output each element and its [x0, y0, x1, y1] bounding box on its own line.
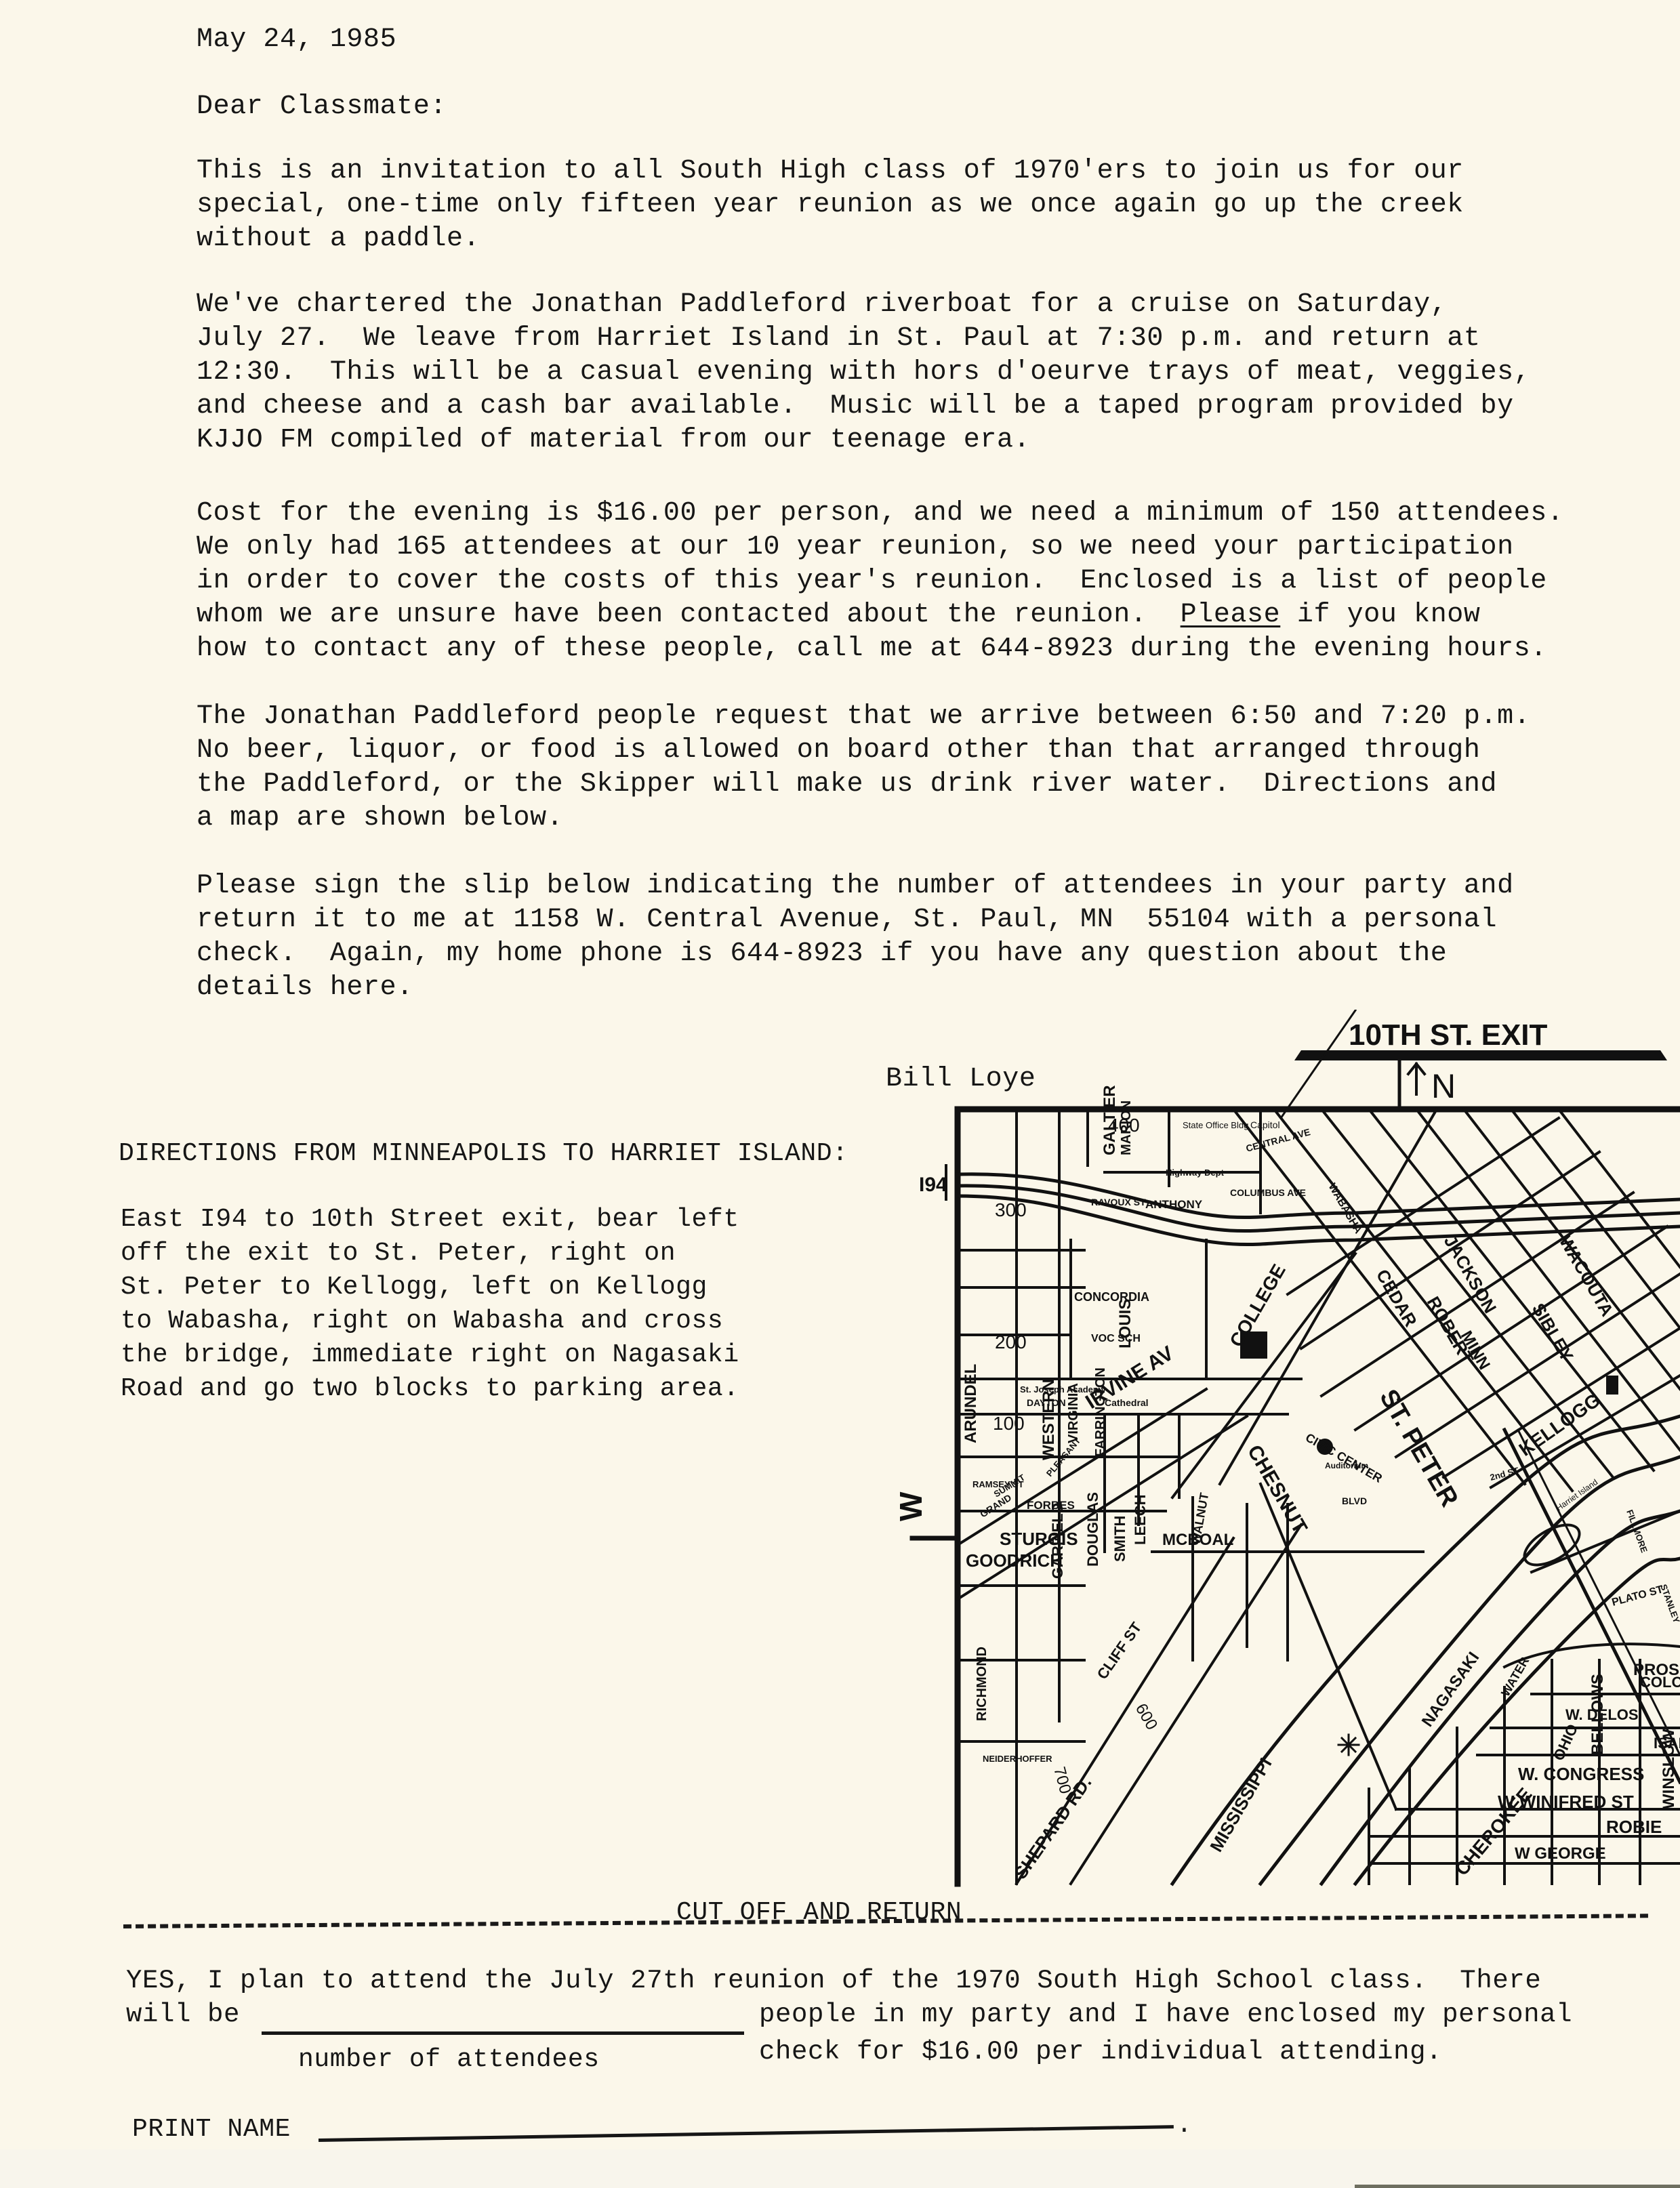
map-label-n600: 600: [1132, 1701, 1161, 1733]
map-label-st-peter: ST. PETER: [1374, 1385, 1463, 1512]
map-label-n400: 400: [1108, 1115, 1140, 1136]
map-label-concordia: CONCORDIA: [1074, 1290, 1149, 1304]
map-label-state-office: State Office Bldg: [1183, 1120, 1248, 1130]
map-label-richmond: RICHMOND: [975, 1647, 989, 1721]
slip-check-statement: check for $16.00 per individual attendin…: [759, 2035, 1442, 2069]
map-label-colorado: COLORADO: [1640, 1674, 1680, 1691]
street-map: 10TH ST. EXIT N W I94 ST. PETER KELLOGG …: [881, 1010, 1680, 1891]
map-label-neiderhoffer: NEIDERHOFFER: [983, 1754, 1052, 1764]
cut-off-label: CUT OFF AND RETURN: [676, 1896, 962, 1930]
map-label-blvd: BLVD: [1342, 1495, 1367, 1506]
letter-date: May 24, 1985: [197, 23, 396, 57]
map-label-louis: LOUIS: [1116, 1299, 1134, 1348]
map-label-columbus: COLUMBUS AVE: [1230, 1187, 1306, 1198]
map-label-n300: 300: [995, 1199, 1027, 1220]
print-name-field[interactable]: [319, 2125, 1174, 2142]
map-label-leech: LEECH: [1132, 1494, 1149, 1545]
map-label-robie: ROBIE: [1606, 1817, 1662, 1837]
slip-attend-statement: YES, I plan to attend the July 27th reun…: [126, 1964, 1541, 1998]
map-label-central-ave: CENTRAL AVE: [1245, 1126, 1312, 1154]
paragraph-arrival: The Jonathan Paddleford people request t…: [197, 700, 1530, 835]
map-label-wacouta: WACOUTA: [1555, 1232, 1618, 1320]
map-label-civic-center: CIVIC CENTER: [1303, 1430, 1385, 1485]
paragraph-invitation: This is an invitation to all South High …: [197, 154, 1464, 256]
map-label-douglas: DOUGLAS: [1084, 1492, 1101, 1567]
map-label-w-delos: W. DELOS: [1565, 1706, 1639, 1723]
map-label-highway-dept: Highway Dept: [1166, 1168, 1225, 1178]
paper-bottom-edge: [0, 2149, 1680, 2188]
map-label-n200: 200: [995, 1332, 1027, 1353]
map-label-sturgis: STURGIS: [1000, 1529, 1078, 1549]
please-emphasis: Please: [1181, 600, 1281, 630]
exit-annotation: 10TH ST. EXIT: [1349, 1018, 1548, 1052]
map-label-goodrich: GOODRICH: [966, 1550, 1063, 1571]
paragraph-cost: Cost for the evening is $16.00 per perso…: [197, 497, 1564, 666]
west-label: W: [893, 1491, 928, 1521]
north-label: N: [1431, 1067, 1456, 1105]
map-label-jackson: JACKSON: [1440, 1232, 1501, 1317]
print-name-label: PRINT NAME: [132, 2113, 291, 2147]
directions-heading: DIRECTIONS FROM MINNEAPOLIS TO HARRIET I…: [119, 1137, 848, 1171]
slip-party-statement: people in my party and I have enclosed m…: [759, 1998, 1572, 2031]
print-name-period: .: [1176, 2109, 1192, 2143]
directions-body: East I94 to 10th Street exit, bear left …: [121, 1203, 739, 1406]
map-label-anthony: ANTHONY: [1145, 1198, 1203, 1211]
paragraph-rsvp: Please sign the slip below indicating th…: [197, 869, 1514, 1005]
map-label-arundel: ARUNDEL: [962, 1364, 980, 1443]
map-label-capitol: Capitol: [1250, 1119, 1280, 1130]
slip-will-be: will be: [126, 1998, 240, 2031]
attendees-count-field[interactable]: [262, 2031, 744, 2035]
paragraph-cruise-details: We've chartered the Jonathan Paddleford …: [197, 288, 1530, 457]
map-label-auditorium: Auditorium: [1325, 1461, 1368, 1470]
map-label-cathedral: Cathedral: [1105, 1397, 1149, 1408]
map-label-ravoux: RAVOUX ST: [1091, 1197, 1146, 1207]
map-label-mississippi: MISSISSIPPI: [1206, 1754, 1275, 1855]
map-label-stanley: STANLEY: [1658, 1583, 1680, 1625]
map-label-academy: St. Joseph Academy: [1020, 1384, 1106, 1395]
map-label-farrington: FARRINGTON: [1093, 1367, 1108, 1457]
map-label-w-george: W GEORGE: [1515, 1844, 1606, 1863]
map-label-n700: 700: [1050, 1765, 1074, 1796]
map-label-cliff: CLIFF ST: [1094, 1619, 1145, 1683]
map-label-harriet-island: Harriet Island: [1555, 1477, 1599, 1512]
scan-edge: [1355, 2185, 1680, 2188]
map-label-w-congress: W. CONGRESS: [1518, 1764, 1644, 1784]
letter-salutation: Dear Classmate:: [197, 90, 447, 124]
map-label-ramsey: RAMSEY ST: [972, 1479, 1024, 1489]
highway-label: I94: [919, 1174, 947, 1196]
map-label-smith: SMITH: [1111, 1516, 1128, 1562]
map-label-garfield: GARFIELD: [1049, 1503, 1066, 1579]
map-label-isabel: ISABEL: [1654, 1735, 1680, 1752]
map-label-n100: 100: [993, 1413, 1025, 1434]
map-label-dayton: DAYTON: [1027, 1397, 1066, 1408]
map-label-w-winifred: W WINIFRED ST: [1498, 1792, 1634, 1812]
attendees-caption: number of attendees: [298, 2043, 600, 2077]
